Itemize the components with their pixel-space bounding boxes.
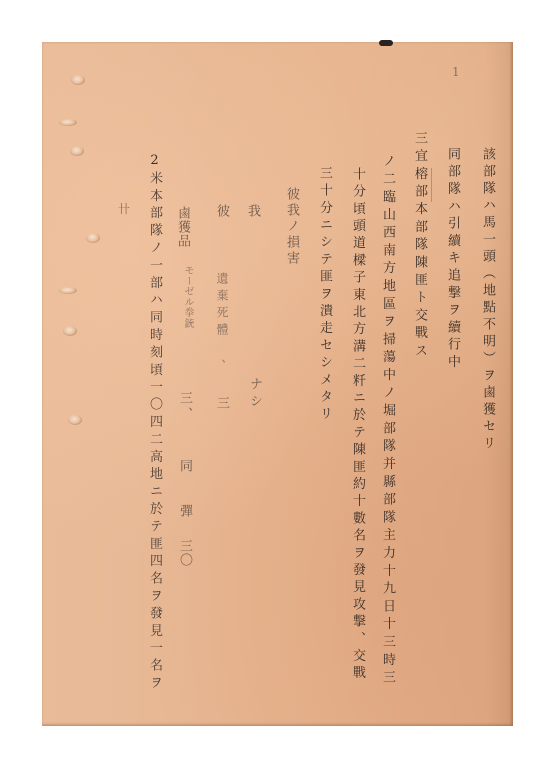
captured-label: 鹵獲品 [176, 206, 189, 248]
text-column-2: 同部隊ハ引續キ追撃ヲ續行中 [446, 147, 459, 372]
enemy-item: 遺棄死體 [216, 272, 228, 340]
captured-item-1-count: 三、 [178, 391, 191, 423]
marginal-pencil-mark: 卄 [118, 203, 130, 215]
binder-hole [68, 415, 82, 425]
text-column-6: 三十分ニシテ匪ヲ潰走セシメタリ [318, 166, 331, 424]
captured-item-2-name: 同彈 [178, 459, 191, 549]
binder-hole [63, 326, 77, 336]
ink-blot [379, 40, 393, 46]
item-2-number: 2 [148, 153, 161, 168]
captured-item-1-name: モーゼル拳銃 [182, 265, 192, 329]
binder-hole [59, 119, 77, 126]
text-column-3: 三宜榕部本部隊陳匪ト交戰ス [413, 131, 426, 361]
page-number-mark: 1 [452, 66, 460, 78]
enemy-count: 三 [215, 396, 228, 409]
text-column-5: 十分頃頭道樑子東北方溝二粁ニ於テ陳匪約十數名ヲ發見攻撃、交戰 [351, 167, 364, 683]
item-2-text: 米本部隊ノ一部ハ同時刻頃一〇四二高地ニ於テ匪四名ヲ發見一名ヲ [148, 171, 161, 693]
text-column-4: ノ二臨山西南方地區ヲ掃蕩中ノ堀部隊并縣部隊主力十九日十三時三 [381, 154, 394, 688]
binder-hole [70, 146, 84, 156]
binder-hole [59, 287, 77, 294]
enemy-separator: 、 [211, 359, 224, 372]
ours-value: ナシ [248, 377, 261, 411]
text-column-1: 該部隊ハ馬一頭（地點不明）ヲ鹵獲セリ [481, 147, 494, 453]
document-page [42, 42, 513, 726]
binder-hole [86, 233, 100, 243]
ours-label: 我 [246, 204, 259, 217]
red-pencil-mark [431, 168, 432, 202]
casualties-heading: 彼我ノ損害 [285, 187, 298, 267]
enemy-label: 彼 [215, 204, 228, 217]
binder-hole [71, 75, 85, 85]
captured-item-2-count: 三〇 [178, 539, 191, 567]
